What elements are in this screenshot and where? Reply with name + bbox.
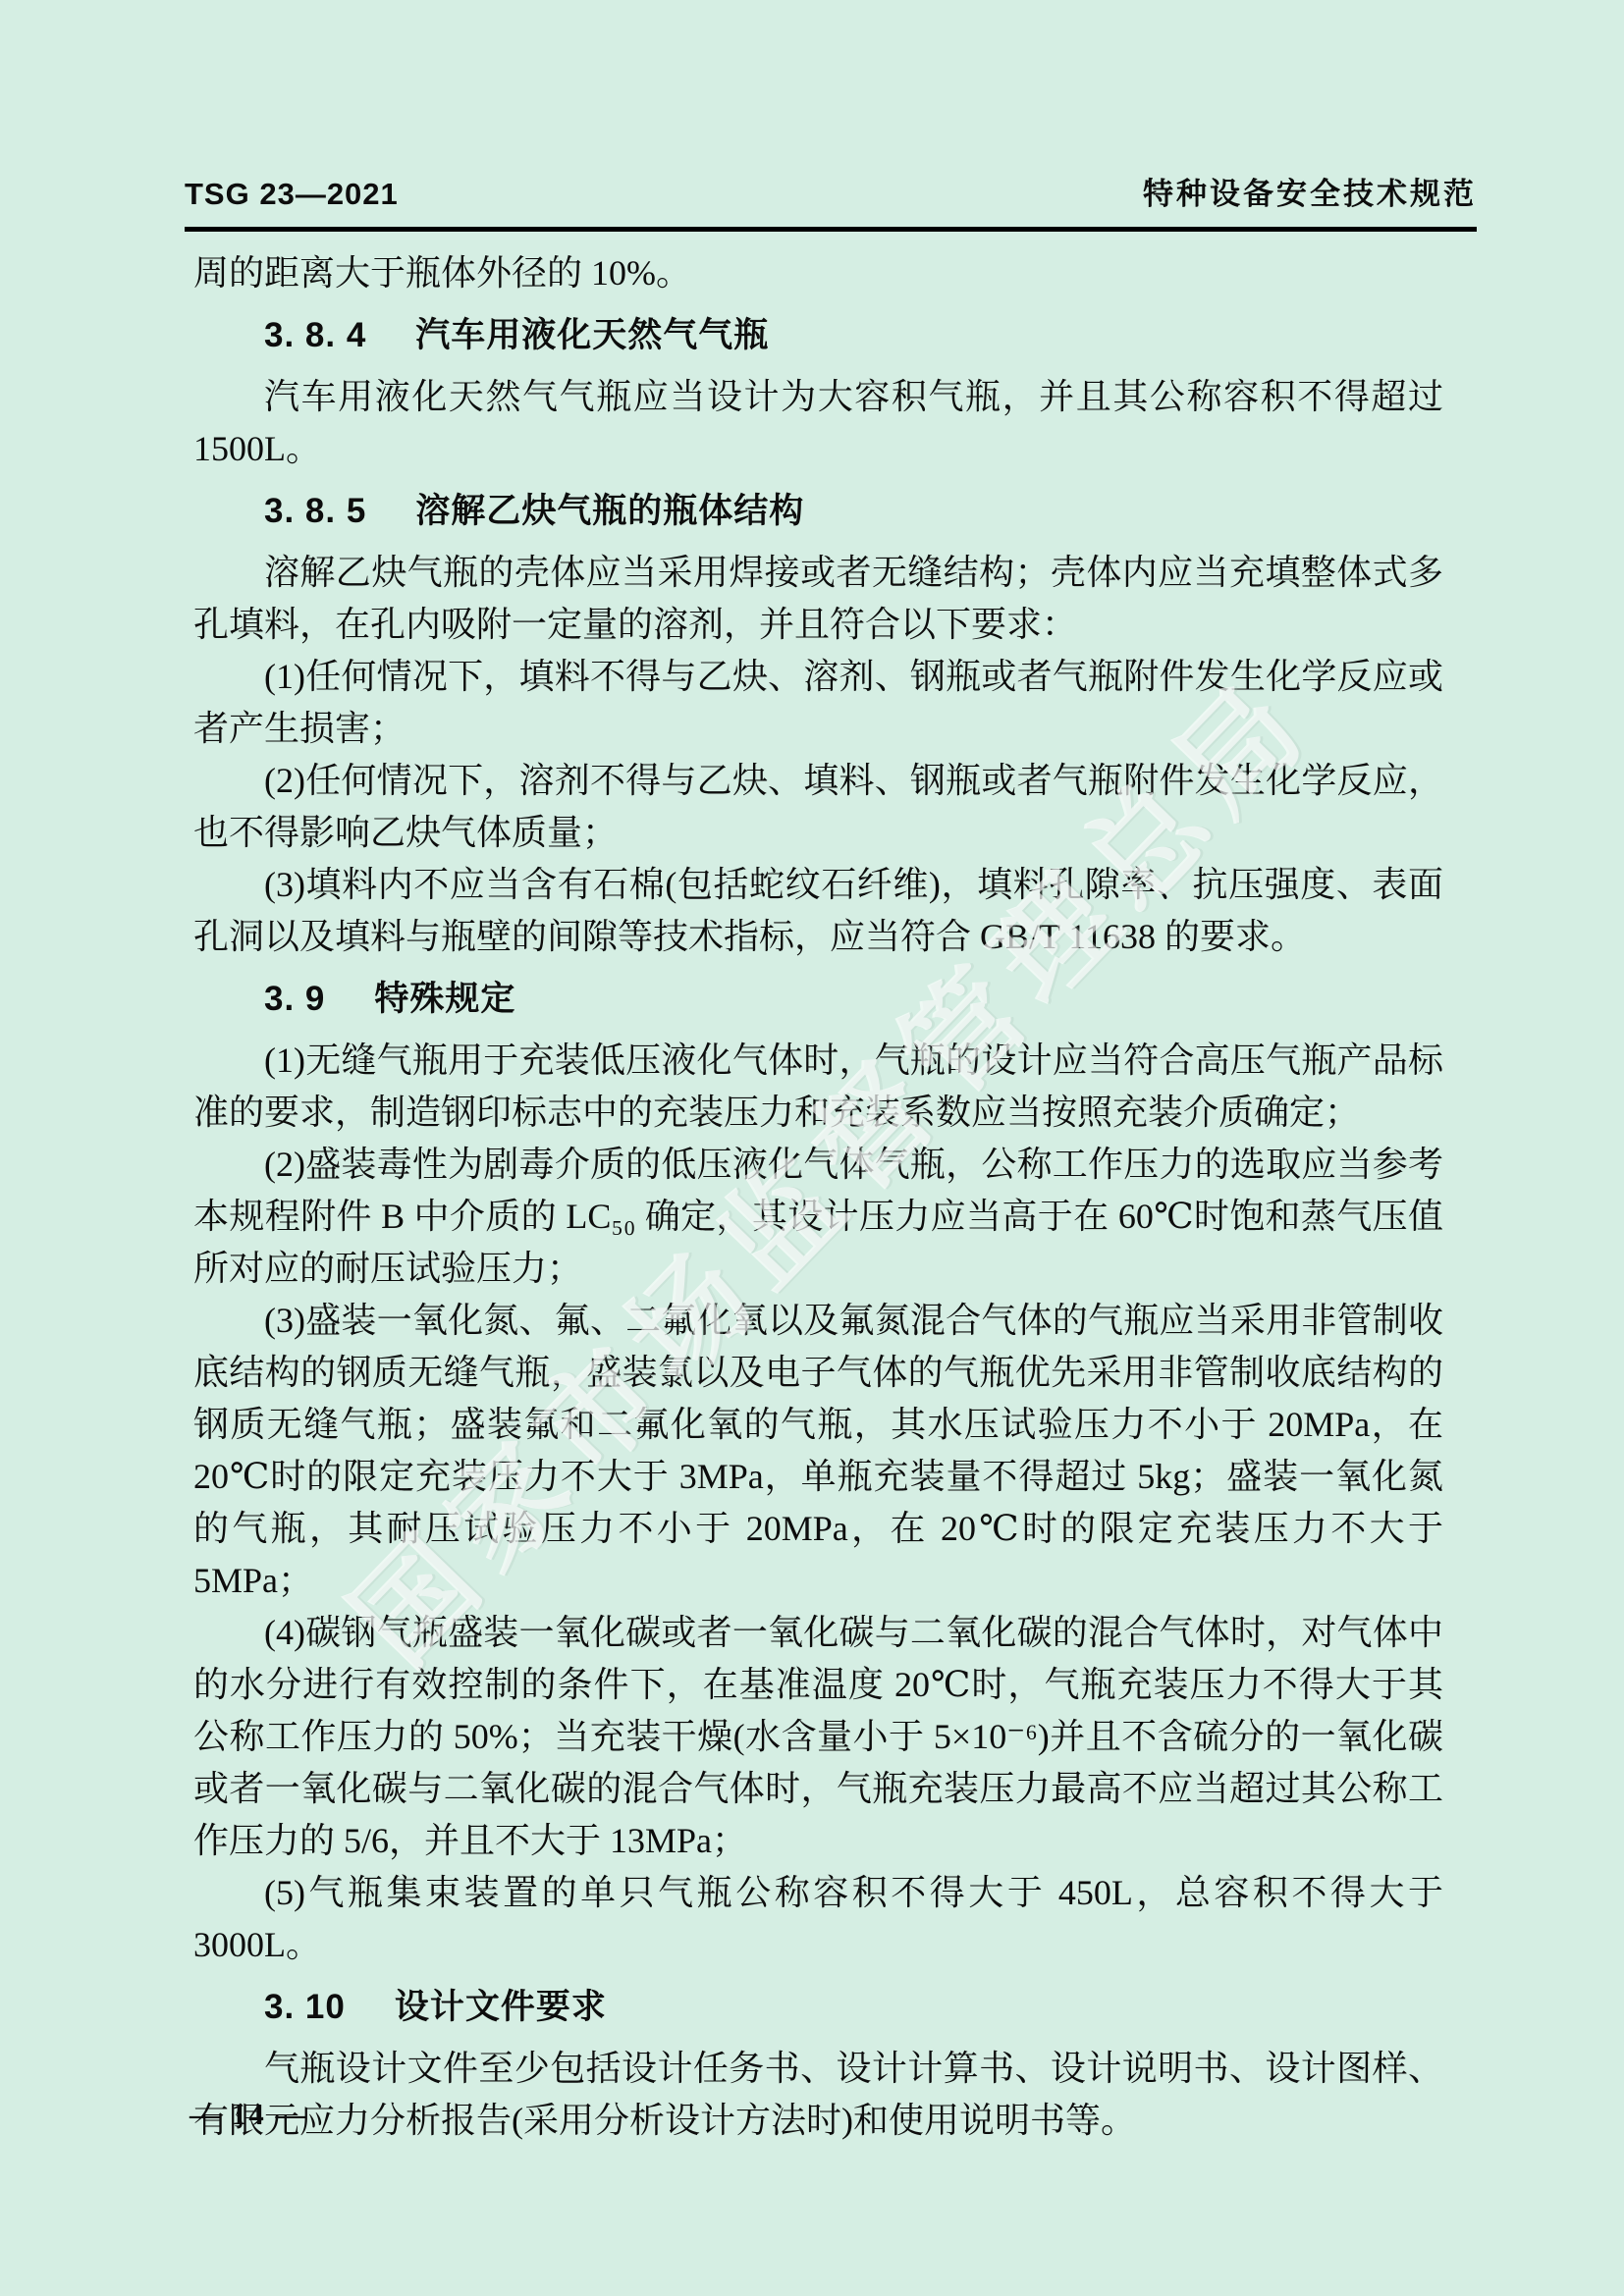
paragraph: (1)任何情况下，填料不得与乙炔、溶剂、钢瓶或者气瓶附件发生化学反应或者产生损害… bbox=[193, 651, 1443, 755]
section-title: 溶解乙炔气瓶的瓶体结构 bbox=[415, 492, 804, 530]
section-heading: 3. 8. 5溶解乙炔气瓶的瓶体结构 bbox=[193, 485, 1443, 537]
section-number: 3. 8. 4 bbox=[264, 316, 366, 354]
paragraph: (5)气瓶集束装置的单只气瓶公称容积不得大于 450L，总容积不得大于 3000… bbox=[193, 1867, 1443, 1971]
doc-code: TSG 23—2021 bbox=[185, 177, 399, 212]
paragraph: 周的距离大于瓶体外径的 10%。 bbox=[193, 247, 1443, 299]
section-heading: 3. 9特殊规定 bbox=[193, 973, 1443, 1025]
document-page: TSG 23—2021 特种设备安全技术规范 周的距离大于瓶体外径的 10%。3… bbox=[0, 0, 1624, 2296]
paragraph: (2)盛装毒性为剧毒介质的低压液化气体气瓶，公称工作压力的选取应当参考本规程附件… bbox=[193, 1139, 1443, 1295]
paragraph: 气瓶设计文件至少包括设计任务书、设计计算书、设计说明书、设计图样、有限元应力分析… bbox=[193, 2043, 1443, 2147]
section-title: 汽车用液化天然气气瓶 bbox=[415, 316, 769, 354]
section-number: 3. 9 bbox=[264, 980, 325, 1018]
paragraph: (3)填料内不应当含有石棉(包括蛇纹石纤维)，填料孔隙率、抗压强度、表面孔洞以及… bbox=[193, 859, 1443, 963]
paragraph: (4)碳钢气瓶盛装一氧化碳或者一氧化碳与二氧化碳的混合气体时，对气体中的水分进行… bbox=[193, 1607, 1443, 1867]
section-heading: 3. 8. 4汽车用液化天然气气瓶 bbox=[193, 309, 1443, 361]
section-title: 设计文件要求 bbox=[395, 1988, 607, 2026]
doc-title: 特种设备安全技术规范 bbox=[1143, 169, 1477, 213]
paragraph: 汽车用液化天然气气瓶应当设计为大容积气瓶，并且其公称容积不得超过 1500L。 bbox=[193, 371, 1443, 475]
paragraph: (3)盛装一氧化氮、氟、二氟化氧以及氟氮混合气体的气瓶应当采用非管制收底结构的钢… bbox=[193, 1295, 1443, 1607]
section-number: 3. 8. 5 bbox=[264, 492, 366, 530]
section-heading: 3. 10设计文件要求 bbox=[193, 1981, 1443, 2033]
page-number: — 14 — bbox=[189, 2097, 308, 2132]
page-header: TSG 23—2021 特种设备安全技术规范 bbox=[185, 169, 1477, 232]
paragraph: (1)无缝气瓶用于充装低压液化气体时，气瓶的设计应当符合高压气瓶产品标准的要求，… bbox=[193, 1035, 1443, 1139]
paragraph: (2)任何情况下，溶剂不得与乙炔、填料、钢瓶或者气瓶附件发生化学反应，也不得影响… bbox=[193, 755, 1443, 859]
paragraph: 溶解乙炔气瓶的壳体应当采用焊接或者无缝结构；壳体内应当充填整体式多孔填料，在孔内… bbox=[193, 547, 1443, 651]
section-number: 3. 10 bbox=[264, 1988, 346, 2026]
document-body: 周的距离大于瓶体外径的 10%。3. 8. 4汽车用液化天然气气瓶汽车用液化天然… bbox=[193, 247, 1443, 2147]
section-title: 特殊规定 bbox=[374, 980, 515, 1018]
